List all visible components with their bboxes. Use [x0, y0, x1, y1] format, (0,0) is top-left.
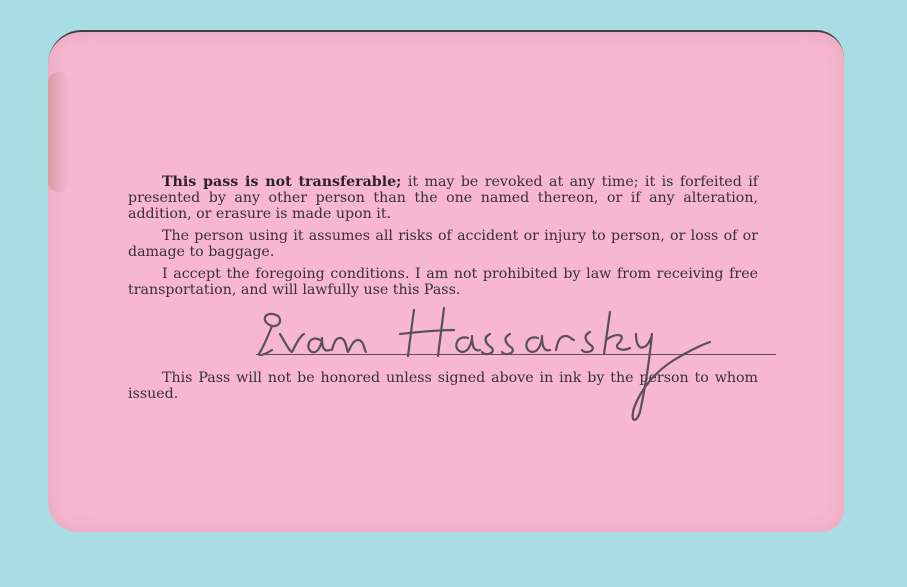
bold-lead: This pass is not transferable; — [162, 174, 401, 190]
handwritten-signature — [238, 304, 798, 429]
condition-acceptance: I accept the foregoing conditions. I am … — [128, 266, 758, 298]
signature-area — [128, 304, 758, 370]
railroad-pass-card: This pass is not transferable; it may be… — [48, 30, 844, 532]
condition-transferability: This pass is not transferable; it may be… — [128, 174, 758, 222]
faded-postmark — [708, 92, 848, 182]
edge-stain — [48, 72, 70, 192]
condition-risk: The person using it assumes all risks of… — [128, 228, 758, 260]
pass-conditions: This pass is not transferable; it may be… — [128, 174, 758, 402]
